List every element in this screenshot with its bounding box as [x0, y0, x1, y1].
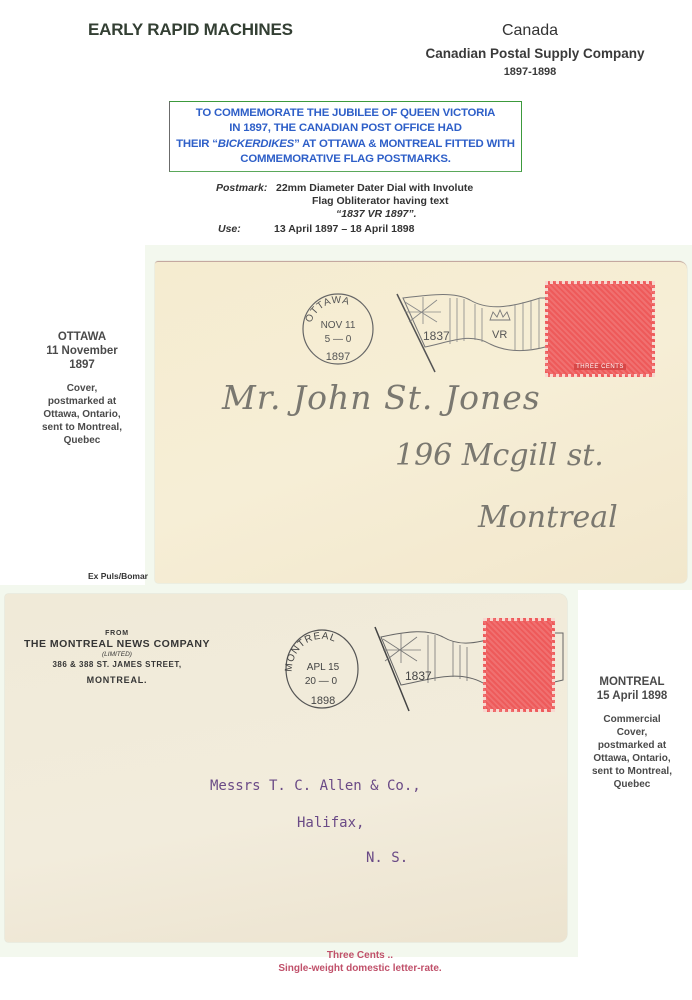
cover1-caption-text: Cover, — [22, 382, 142, 395]
cover2-address-line: Messrs T. C. Allen & Co., — [210, 778, 421, 794]
commemoration-text: THEIR “ — [176, 138, 218, 150]
postmark-label: Postmark: — [216, 182, 267, 194]
cover2-caption: MONTREAL 15 April 1898 Commercial Cover,… — [572, 675, 692, 791]
stamp-denomination: THREE CENTS — [574, 364, 626, 370]
cover2-address-line: Halifax, — [297, 815, 364, 831]
sender-limited: (LIMITED) — [12, 651, 222, 658]
cover2-caption-heading: MONTREAL — [572, 675, 692, 689]
cover1-caption-heading: OTTAWA — [22, 330, 142, 344]
cover2-caption-text: Cover, — [572, 726, 692, 739]
rate-note: Single-weight domestic letter-rate. — [220, 963, 500, 974]
commemoration-text: ” AT OTTAWA & MONTREAL FITTED WITH — [294, 138, 515, 150]
company-heading: Canadian Postal Supply Company — [410, 46, 660, 61]
cover1-caption-heading: 1897 — [22, 358, 142, 372]
cover1-caption-text: postmarked at — [22, 395, 142, 408]
use-label: Use: — [218, 223, 241, 235]
cover2-cancel-dial: MONTREAL APL 15 20 — 0 1898 — [283, 628, 363, 712]
cover1-address-line: 196 Mcgill st. — [395, 438, 604, 473]
cover1-caption-text: Ottawa, Ontario, — [22, 408, 142, 421]
postmark-description: Flag Obliterator having text — [312, 195, 449, 207]
svg-text:1898: 1898 — [311, 695, 335, 707]
commemoration-line: COMMEMORATIVE FLAG POSTMARKS. — [240, 152, 450, 168]
cover2-caption-text: Ottawa, Ontario, — [572, 752, 692, 765]
cover1-caption-heading: 11 November — [22, 344, 142, 358]
cover1-caption: OTTAWA 11 November 1897 Cover, postmarke… — [22, 330, 142, 447]
cover2-caption-text: Quebec — [572, 778, 692, 791]
cover1-address-line: Montreal — [478, 500, 618, 535]
provenance-credit: Ex Puls/Bomar — [88, 571, 148, 581]
sender-from: FROM — [12, 630, 222, 637]
bickerdikes-italic: BICKERDIKES — [218, 138, 294, 150]
svg-text:1837: 1837 — [423, 329, 450, 343]
cover1-stamp: THREE CENTS — [545, 281, 655, 377]
svg-text:APL 15: APL 15 — [307, 662, 340, 673]
sender-name: THE MONTREAL NEWS COMPANY — [12, 638, 222, 650]
cover2-stamp — [483, 618, 555, 712]
commemoration-line: IN 1897, THE CANADIAN POST OFFICE HAD — [229, 121, 461, 137]
country-heading: Canada — [470, 22, 590, 40]
cover1-flag-obliterator: 1837 VR — [395, 292, 565, 372]
crown-icon — [490, 310, 510, 320]
cover1-address-line: Mr. John St. Jones — [222, 378, 541, 417]
commemoration-box: TO COMMEMORATE THE JUBILEE OF QUEEN VICT… — [169, 101, 522, 172]
years-heading: 1897-1898 — [470, 66, 590, 78]
svg-text:20 — 0: 20 — 0 — [305, 676, 338, 687]
sender-street: 386 & 388 ST. JAMES STREET, — [12, 660, 222, 669]
sender-city: MONTREAL. — [12, 675, 222, 685]
svg-text:1837: 1837 — [405, 669, 432, 683]
page-title: EARLY RAPID MACHINES — [88, 20, 318, 40]
postmark-description: “1837 VR 1897”. — [336, 208, 417, 220]
svg-text:VR: VR — [492, 329, 507, 341]
postmark-description: 22mm Diameter Dater Dial with Involute — [276, 182, 473, 194]
cover2-caption-text: Commercial — [572, 713, 692, 726]
cover2-sender-corner-card: FROM THE MONTREAL NEWS COMPANY (LIMITED)… — [12, 630, 222, 685]
cover1-caption-text: Quebec — [22, 434, 142, 447]
svg-text:5 — 0: 5 — 0 — [325, 334, 352, 345]
svg-text:NOV 11: NOV 11 — [321, 320, 356, 331]
cover1-cancel-dial: OTTAWA NOV 11 5 — 0 1897 — [300, 291, 380, 371]
cover1-caption-text: sent to Montreal, — [22, 421, 142, 434]
cover2-address-line: N. S. — [366, 850, 408, 866]
commemoration-line: TO COMMEMORATE THE JUBILEE OF QUEEN VICT… — [196, 106, 495, 122]
cover2-caption-heading: 15 April 1898 — [572, 689, 692, 703]
use-period: 13 April 1897 – 18 April 1898 — [274, 223, 414, 235]
cover2-caption-text: postmarked at — [572, 739, 692, 752]
commemoration-line: THEIR “BICKERDIKES” AT OTTAWA & MONTREAL… — [176, 137, 515, 153]
svg-text:1897: 1897 — [326, 351, 350, 363]
cover2-caption-text: sent to Montreal, — [572, 765, 692, 778]
rate-note: Three Cents .. — [220, 950, 500, 961]
